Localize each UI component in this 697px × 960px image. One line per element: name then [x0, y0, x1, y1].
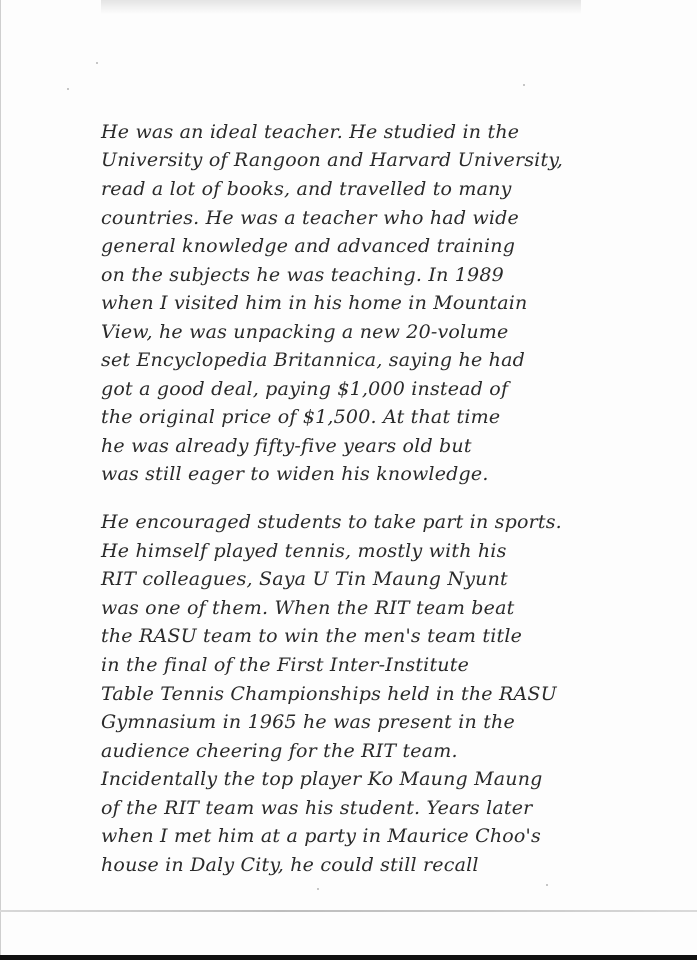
text-line: He himself played tennis, mostly with hi…	[101, 536, 507, 566]
text-line: of the RIT team was his student. Years l…	[101, 793, 532, 823]
scan-speck	[546, 884, 548, 886]
text-line: countries. He was a teacher who had wide	[101, 203, 519, 233]
text-line: Table Tennis Championships held in the R…	[101, 679, 557, 709]
text-line: was one of them. When the RIT team beat	[101, 593, 514, 623]
scan-smudge	[101, 0, 581, 14]
text-line: was still eager to widen his knowledge.	[101, 459, 489, 489]
text-line: the original price of $1,500. At that ti…	[101, 402, 500, 432]
text-line: got a good deal, paying $1,000 instead o…	[101, 374, 508, 404]
text-line: RIT colleagues, Saya U Tin Maung Nyunt	[101, 564, 508, 594]
text-line: read a lot of books, and travelled to ma…	[101, 174, 512, 204]
text-line: when I visited him in his home in Mounta…	[101, 288, 527, 318]
page-fold-line	[0, 910, 697, 912]
scan-speck	[67, 88, 69, 90]
text-line: general knowledge and advanced training	[101, 231, 515, 261]
text-line: house in Daly City, he could still recal…	[101, 850, 479, 880]
scanner-edge	[0, 955, 697, 960]
text-line: on the subjects he was teaching. In 1989	[101, 260, 504, 290]
text-line: View, he was unpacking a new 20-volume	[101, 317, 508, 347]
text-line: Gymnasium in 1965 he was present in the	[101, 707, 515, 737]
text-line: Incidentally the top player Ko Maung Mau…	[101, 764, 543, 794]
scan-speck	[96, 62, 98, 64]
text-line: in the final of the First Inter-Institut…	[101, 650, 469, 680]
text-line: audience cheering for the RIT team.	[101, 736, 458, 766]
text-line: he was already fifty-five years old but	[101, 431, 472, 461]
text-line: University of Rangoon and Harvard Univer…	[101, 145, 563, 175]
text-line: set Encyclopedia Britannica, saying he h…	[101, 345, 525, 375]
text-line: the RASU team to win the men's team titl…	[101, 621, 522, 651]
scan-speck	[523, 84, 525, 86]
text-line: He was an ideal teacher. He studied in t…	[101, 117, 519, 147]
scan-speck	[317, 888, 319, 890]
text-line: when I met him at a party in Maurice Cho…	[101, 821, 541, 851]
text-line: He encouraged students to take part in s…	[101, 507, 562, 537]
scanned-page: He was an ideal teacher. He studied in t…	[0, 0, 697, 955]
